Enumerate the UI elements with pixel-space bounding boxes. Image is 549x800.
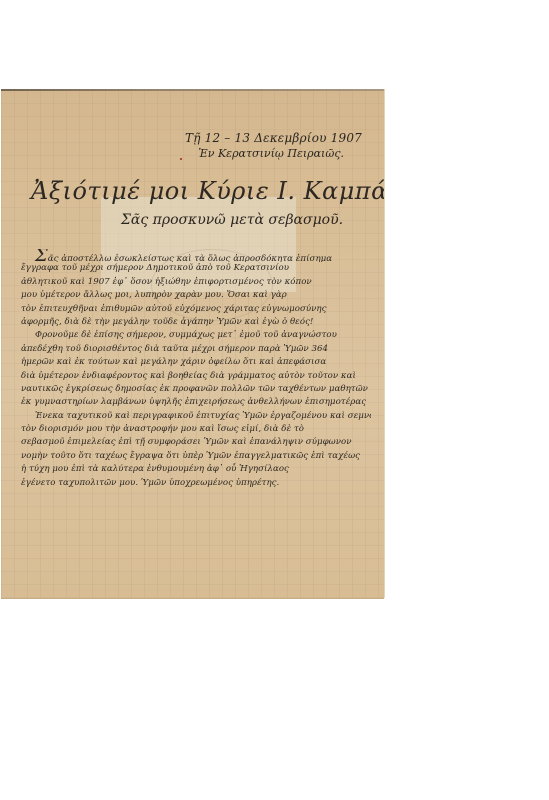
letter-greeting: Σᾶς προσκυνῶ μετὰ σεβασμοῦ.	[121, 212, 343, 228]
body-line: ἀφορμῆς, διὰ δὲ τὴν μεγάλην τοῦδε ἀγάπην…	[21, 316, 371, 329]
body-line: διὰ ὑμέτερον ἐνδιαφέροντος καὶ βοηθείας …	[21, 370, 371, 383]
body-line: τὸν διορισμόν μου τὴν ἀναστροφήν μου καὶ…	[21, 423, 371, 436]
body-line: Φρονοῦμε δὲ ἐπίσης σήμερον, συμμάχως μετ…	[21, 329, 371, 342]
body-line: σεβασμοῦ ἐπιμελείας ἐπὶ τῇ συμφοράσει Ὑμ…	[21, 436, 371, 449]
body-line: Σᾶς ἀποστέλλω ἐσωκλείστως καὶ τὰ ὅλως ἀπ…	[21, 249, 371, 262]
letter-body: Σᾶς ἀποστέλλω ἐσωκλείστως καὶ τὰ ὅλως ἀπ…	[21, 249, 371, 490]
body-line: ἔγγραφα τοῦ μέχρι σήμερον Δημοτικοῦ ἀπὸ …	[21, 262, 371, 275]
body-line: ἡμερῶν καὶ ἐκ τούτων καὶ μεγάλην χάριν ὀ…	[21, 356, 371, 369]
body-line: Ἐνεκα ταχυτικοῦ καὶ περιγραφικοῦ ἐπιτυχί…	[21, 410, 371, 423]
ink-spot	[180, 158, 182, 160]
letter-place: Ἐν Κερατσινίῳ Πειραιῶς.	[198, 147, 344, 160]
body-line: ἐκ γυμναστηρίων λαμβάνων ὑψηλῆς ἐπιχειρή…	[21, 396, 371, 409]
body-line: ἡ τύχη μου ἐπὶ τὰ καλύτερα ἐνθυμουμένη ἀ…	[21, 463, 371, 476]
body-line: νομὴν τοῦτο ὅτι ταχέως ἔγραψα ὅτι ὑπὲρ Ὑ…	[21, 450, 371, 463]
body-line: ἀπεδέχθη τοῦ διορισθέντος διὰ ταῦτα μέχρ…	[21, 343, 371, 356]
body-line: ἀθλητικοῦ καὶ 1907 ἐφ᾽ ὅσον ἠξιώθην ἐπιφ…	[21, 276, 371, 289]
letter-salutation: Ἀξιότιμέ μοι Κύριε Ι. Καμπάνη!	[31, 177, 384, 205]
body-line: τὸν ἐπιτευχθῆναι ἐπιθυμῶν αὐτοῦ εὐχόμενο…	[21, 303, 371, 316]
body-line: ναυτικῶς ἐγκρίσεως δημοσίας ἐκ προφανῶν …	[21, 383, 371, 396]
body-line: ἐγένετο ταχυπολιτῶν μου. Ὑμῶν ὑποχρεωμέν…	[21, 477, 371, 490]
letter-page: Τῇ 12 – 13 Δεκεμβρίου 1907 Ἐν Κερατσινίῳ…	[1, 89, 384, 598]
page-top-edge	[1, 89, 384, 91]
letter-date: Τῇ 12 – 13 Δεκεμβρίου 1907	[185, 131, 362, 145]
body-line: μου ὑμέτερον ἄλλως μοι, λυπηρὸν χαρὰν μο…	[21, 289, 371, 302]
